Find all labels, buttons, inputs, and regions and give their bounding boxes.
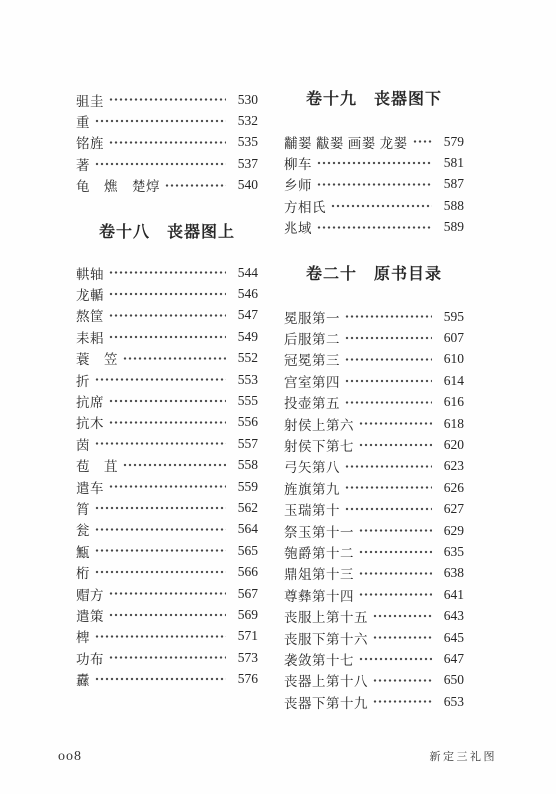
dot-leader (95, 540, 226, 561)
entry-page-number: 532 (230, 113, 258, 129)
entry-page-number: 626 (436, 480, 464, 496)
toc-entry: 椑571 (76, 626, 258, 647)
entry-title: 祭玉第十一 (284, 521, 354, 541)
dot-leader (95, 626, 226, 647)
dot-leader (373, 670, 432, 691)
entry-title: 瓮 (76, 519, 90, 539)
entry-page-number: 610 (436, 351, 464, 367)
toc-entry: 丧服下第十六645 (284, 627, 464, 648)
entry-page-number: 553 (230, 372, 258, 388)
toc-entry: 遣策569 (76, 604, 258, 625)
entry-title: 遣策 (76, 605, 104, 625)
entry-page-number: 569 (230, 607, 258, 623)
entry-title: 耒耜 (76, 327, 104, 347)
book-title-footer: 新定三礼图 (430, 748, 498, 764)
entry-title: 椑 (76, 626, 90, 646)
entry-title: 兆域 (284, 217, 312, 237)
juan-19-entry-list: 黼翣 黻翣 画翣 龙翣579柳车581乡师587方相氏588兆域589 (284, 131, 464, 238)
toc-entry: 龟 燋 楚焞540 (76, 175, 258, 196)
entry-page-number: 623 (436, 458, 464, 474)
dot-leader (109, 412, 226, 433)
entry-title: 丧器上第十八 (284, 670, 368, 690)
entry-title: 柳车 (284, 153, 312, 173)
entry-title: 冕服第一 (284, 307, 340, 327)
entry-page-number: 629 (436, 523, 464, 539)
entry-page-number: 635 (436, 544, 464, 560)
dot-leader (95, 153, 226, 174)
entry-page-number: 559 (230, 479, 258, 495)
entry-title: 乡师 (284, 174, 312, 194)
dot-leader (373, 627, 432, 648)
dot-leader (359, 563, 432, 584)
dot-leader (109, 89, 226, 110)
entry-title: 铭旌 (76, 132, 104, 152)
entry-page-number: 555 (230, 393, 258, 409)
dot-leader (95, 110, 226, 131)
toc-entry: 旌旗第九626 (284, 477, 464, 498)
entry-title: 方相氏 (284, 196, 326, 216)
toc-entry: 弓矢第八623 (284, 456, 464, 477)
entry-title: 匏爵第十二 (284, 542, 354, 562)
juan-18-entry-list: 輁轴544龙輴546熬筐547耒耜549蓑 笠552折553抗席555抗木556… (76, 262, 258, 690)
dot-leader (359, 434, 432, 455)
entry-page-number: 614 (436, 373, 464, 389)
toc-entry: 桁566 (76, 561, 258, 582)
toc-entry: 兆域589 (284, 217, 464, 238)
entry-page-number: 589 (436, 219, 464, 235)
toc-entry: 耒耜549 (76, 326, 258, 347)
dot-leader (109, 476, 226, 497)
toc-entry: 尊彝第十四641 (284, 584, 464, 605)
toc-entry: 射侯上第六618 (284, 413, 464, 434)
entry-title: 纛 (76, 669, 90, 689)
toc-entry: 丧器上第十八650 (284, 670, 464, 691)
left-column: 驵圭530重532铭旌535著537龟 燋 楚焞540 卷十八 丧器图上 輁轴5… (76, 89, 258, 712)
toc-page: 驵圭530重532铭旌535著537龟 燋 楚焞540 卷十八 丧器图上 輁轴5… (0, 0, 556, 794)
toc-entry: 熬筐547 (76, 305, 258, 326)
dot-leader (359, 520, 432, 541)
entry-title: 射侯下第七 (284, 435, 354, 455)
entry-page-number: 565 (230, 543, 258, 559)
entry-title: 尊彝第十四 (284, 585, 354, 605)
entry-page-number: 616 (436, 394, 464, 410)
entry-title: 輁轴 (76, 263, 104, 283)
toc-entry: 匏爵第十二635 (284, 541, 464, 562)
dot-leader (373, 691, 432, 712)
entry-page-number: 549 (230, 329, 258, 345)
dot-leader (317, 217, 432, 238)
entry-page-number: 595 (436, 309, 464, 325)
juan-20-entry-list: 冕服第一595后服第二607冠冕第三610宫室第四614投壶第五616射侯上第六… (284, 306, 464, 712)
toc-entry: 纛576 (76, 668, 258, 689)
toc-entry: 折553 (76, 369, 258, 390)
dot-leader (95, 519, 226, 540)
dot-leader (95, 497, 226, 518)
dot-leader (165, 175, 226, 196)
toc-entry: 抗席555 (76, 390, 258, 411)
toc-entry: 甒565 (76, 540, 258, 561)
left-top-entry-list: 驵圭530重532铭旌535著537龟 燋 楚焞540 (76, 89, 258, 196)
entry-page-number: 650 (436, 672, 464, 688)
toc-entry: 龙輴546 (76, 283, 258, 304)
entry-title: 功布 (76, 648, 104, 668)
dot-leader (317, 152, 432, 173)
dot-leader (95, 561, 226, 582)
toc-entry: 鼎俎第十三638 (284, 563, 464, 584)
entry-page-number: 567 (230, 586, 258, 602)
entry-title: 筲 (76, 498, 90, 518)
entry-title: 重 (76, 111, 90, 131)
dot-leader (109, 390, 226, 411)
toc-columns: 驵圭530重532铭旌535著537龟 燋 楚焞540 卷十八 丧器图上 輁轴5… (0, 89, 556, 712)
entry-page-number: 638 (436, 565, 464, 581)
entry-title: 袭敛第十七 (284, 649, 354, 669)
dot-leader (109, 326, 226, 347)
entry-title: 冠冕第三 (284, 349, 340, 369)
dot-leader (359, 413, 432, 434)
dot-leader (345, 456, 432, 477)
entry-title: 弓矢第八 (284, 456, 340, 476)
dot-leader (359, 541, 432, 562)
entry-title: 龟 燋 楚焞 (76, 175, 160, 195)
toc-entry: 苞 苴558 (76, 454, 258, 475)
entry-page-number: 547 (230, 307, 258, 323)
toc-entry: 蓑 笠552 (76, 348, 258, 369)
dot-leader (95, 369, 226, 390)
toc-entry: 著537 (76, 153, 258, 174)
entry-title: 赗方 (76, 584, 104, 604)
toc-entry: 茵557 (76, 433, 258, 454)
entry-page-number: 571 (230, 628, 258, 644)
toc-entry: 丧器下第十九653 (284, 691, 464, 712)
toc-entry: 輁轴544 (76, 262, 258, 283)
dot-leader (95, 668, 226, 689)
toc-entry: 赗方567 (76, 583, 258, 604)
entry-title: 茵 (76, 434, 90, 454)
section-title-juan-18: 卷十八 丧器图上 (76, 222, 258, 244)
entry-page-number: 579 (436, 134, 464, 150)
dot-leader (109, 305, 226, 326)
folio-page-number: oo8 (58, 749, 82, 765)
toc-entry: 射侯下第七620 (284, 434, 464, 455)
entry-page-number: 576 (230, 671, 258, 687)
entry-page-number: 556 (230, 414, 258, 430)
entry-title: 著 (76, 154, 90, 174)
section-title-juan-19: 卷十九 丧器图下 (284, 89, 464, 111)
dot-leader (345, 306, 432, 327)
dot-leader (345, 370, 432, 391)
entry-title: 抗木 (76, 412, 104, 432)
toc-entry: 抗木556 (76, 412, 258, 433)
entry-title: 蓑 笠 (76, 348, 118, 368)
entry-page-number: 557 (230, 436, 258, 452)
toc-entry: 功布573 (76, 647, 258, 668)
toc-entry: 重532 (76, 110, 258, 131)
entry-page-number: 566 (230, 564, 258, 580)
entry-page-number: 647 (436, 651, 464, 667)
toc-entry: 玉瑞第十627 (284, 498, 464, 519)
entry-page-number: 552 (230, 350, 258, 366)
dot-leader (345, 392, 432, 413)
toc-entry: 乡师587 (284, 174, 464, 195)
entry-title: 遣车 (76, 477, 104, 497)
entry-page-number: 587 (436, 176, 464, 192)
toc-entry: 遣车559 (76, 476, 258, 497)
dot-leader (345, 498, 432, 519)
toc-entry: 冕服第一595 (284, 306, 464, 327)
entry-title: 丧器下第十九 (284, 692, 368, 712)
dot-leader (359, 648, 432, 669)
toc-entry: 筲562 (76, 497, 258, 518)
section-title-juan-20: 卷二十 原书目录 (284, 264, 464, 286)
toc-entry: 祭玉第十一629 (284, 520, 464, 541)
entry-page-number: 607 (436, 330, 464, 346)
entry-title: 宫室第四 (284, 371, 340, 391)
dot-leader (95, 433, 226, 454)
entry-page-number: 627 (436, 501, 464, 517)
entry-page-number: 544 (230, 265, 258, 281)
dot-leader (109, 262, 226, 283)
entry-title: 桁 (76, 562, 90, 582)
toc-entry: 铭旌535 (76, 132, 258, 153)
toc-entry: 冠冕第三610 (284, 349, 464, 370)
entry-page-number: 643 (436, 608, 464, 624)
entry-page-number: 564 (230, 521, 258, 537)
dot-leader (345, 477, 432, 498)
page-footer: oo8 新定三礼图 (58, 748, 497, 765)
entry-title: 后服第二 (284, 328, 340, 348)
entry-title: 玉瑞第十 (284, 499, 340, 519)
entry-page-number: 546 (230, 286, 258, 302)
dot-leader (359, 584, 432, 605)
entry-title: 丧服下第十六 (284, 628, 368, 648)
entry-title: 丧服上第十五 (284, 606, 368, 626)
dot-leader (123, 348, 226, 369)
entry-page-number: 641 (436, 587, 464, 603)
toc-entry: 丧服上第十五643 (284, 605, 464, 626)
toc-entry: 袭敛第十七647 (284, 648, 464, 669)
entry-title: 旌旗第九 (284, 478, 340, 498)
toc-entry: 宫室第四614 (284, 370, 464, 391)
toc-entry: 黼翣 黻翣 画翣 龙翣579 (284, 131, 464, 152)
entry-page-number: 537 (230, 156, 258, 172)
entry-title: 苞 苴 (76, 455, 118, 475)
entry-title: 驵圭 (76, 90, 104, 110)
toc-entry: 方相氏588 (284, 195, 464, 216)
entry-page-number: 620 (436, 437, 464, 453)
entry-page-number: 581 (436, 155, 464, 171)
entry-title: 甒 (76, 541, 90, 561)
entry-page-number: 562 (230, 500, 258, 516)
entry-page-number: 618 (436, 416, 464, 432)
entry-title: 鼎俎第十三 (284, 563, 354, 583)
dot-leader (345, 327, 432, 348)
dot-leader (317, 174, 432, 195)
dot-leader (109, 604, 226, 625)
dot-leader (109, 132, 226, 153)
dot-leader (109, 583, 226, 604)
entry-title: 射侯上第六 (284, 414, 354, 434)
entry-page-number: 540 (230, 177, 258, 193)
entry-page-number: 653 (436, 694, 464, 710)
entry-title: 熬筐 (76, 305, 104, 325)
dot-leader (413, 131, 432, 152)
entry-title: 黼翣 黻翣 画翣 龙翣 (284, 132, 408, 152)
entry-page-number: 558 (230, 457, 258, 473)
entry-page-number: 645 (436, 630, 464, 646)
dot-leader (123, 454, 226, 475)
dot-leader (331, 195, 432, 216)
dot-leader (345, 349, 432, 370)
entry-page-number: 535 (230, 134, 258, 150)
toc-entry: 柳车581 (284, 152, 464, 173)
dot-leader (109, 647, 226, 668)
toc-entry: 后服第二607 (284, 327, 464, 348)
entry-page-number: 573 (230, 650, 258, 666)
right-column: 卷十九 丧器图下 黼翣 黻翣 画翣 龙翣579柳车581乡师587方相氏588兆… (284, 89, 464, 712)
dot-leader (109, 283, 226, 304)
entry-title: 折 (76, 370, 90, 390)
entry-title: 抗席 (76, 391, 104, 411)
toc-entry: 瓮564 (76, 519, 258, 540)
entry-title: 龙輴 (76, 284, 104, 304)
dot-leader (373, 605, 432, 626)
entry-title: 投壶第五 (284, 392, 340, 412)
entry-page-number: 588 (436, 198, 464, 214)
toc-entry: 驵圭530 (76, 89, 258, 110)
toc-entry: 投壶第五616 (284, 392, 464, 413)
entry-page-number: 530 (230, 92, 258, 108)
